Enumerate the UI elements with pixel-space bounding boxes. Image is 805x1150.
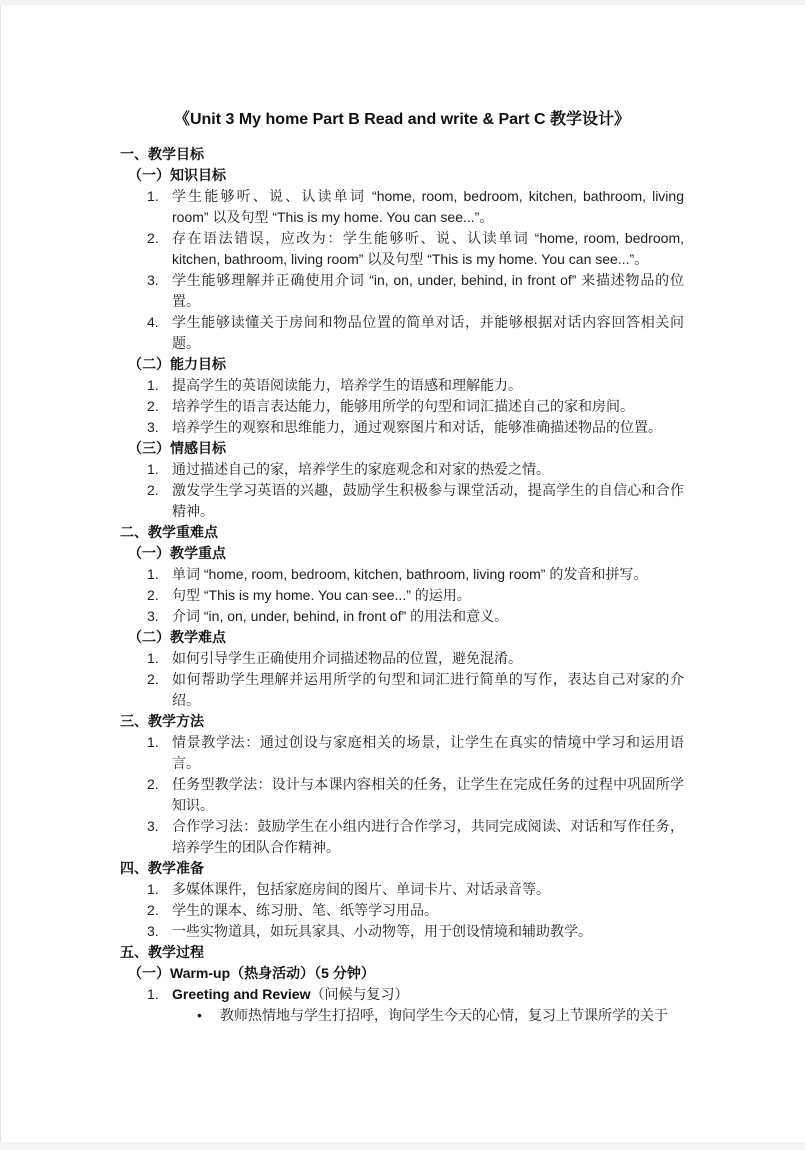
list-item-text: Greeting and Review（问候与复习） bbox=[172, 986, 408, 1002]
list-number: 3. bbox=[147, 816, 159, 837]
list-item: 1. 学生能够听、说、认读单词 “home, room, bedroom, ki… bbox=[120, 186, 684, 228]
list-number: 4. bbox=[147, 312, 159, 333]
document-page: 《Unit 3 My home Part B Read and write & … bbox=[0, 0, 805, 1150]
subsection-focus: （一）教学重点 1. 单词 “home, room, bedroom, kitc… bbox=[120, 543, 684, 627]
section-heading: 五、教学过程 bbox=[120, 942, 684, 963]
list-number: 1. bbox=[147, 459, 159, 480]
page-title: 《Unit 3 My home Part B Read and write & … bbox=[120, 108, 684, 132]
list-item: 1. 情景教学法：通过创设与家庭相关的场景，让学生在真实的情境中学习和运用语言。 bbox=[120, 732, 684, 774]
list-item: 3. 介词 “in, on, under, behind, in front o… bbox=[120, 606, 684, 627]
section-key-points: 二、教学重难点 （一）教学重点 1. 单词 “home, room, bedro… bbox=[120, 522, 684, 711]
list-item: 2. 培养学生的语言表达能力，能够用所学的句型和词汇描述自己的家和房间。 bbox=[120, 396, 684, 417]
section-preparation: 四、教学准备 1. 多媒体课件，包括家庭房间的图片、单词卡片、对话录音等。 2.… bbox=[120, 858, 684, 942]
subsection-emotion: （三）情感目标 1. 通过描述自己的家，培养学生的家庭观念和对家的热爱之情。 2… bbox=[120, 438, 684, 522]
list-item-text: 如何帮助学生理解并运用所学的句型和词汇进行简单的写作，表达自己对家的介绍。 bbox=[172, 671, 684, 708]
list-item-text: 培养学生的语言表达能力，能够用所学的句型和词汇描述自己的家和房间。 bbox=[172, 398, 634, 414]
list-number: 1. bbox=[147, 648, 159, 669]
subsection-heading: （二）能力目标 bbox=[128, 354, 684, 375]
list-item: 1. 如何引导学生正确使用介词描述物品的位置，避免混淆。 bbox=[120, 648, 684, 669]
section-methods: 三、教学方法 1. 情景教学法：通过创设与家庭相关的场景，让学生在真实的情境中学… bbox=[120, 711, 684, 858]
subsection-knowledge: （一）知识目标 1. 学生能够听、说、认读单词 “home, room, bed… bbox=[120, 165, 684, 354]
list-number: 2. bbox=[147, 480, 159, 501]
subsection-warmup: （一）Warm-up（热身活动）（5 分钟） 1. Greeting and R… bbox=[120, 963, 684, 1026]
list-number: 3. bbox=[147, 417, 159, 438]
list-item-text: 学生能够理解并正确使用介词 “in, on, under, behind, in… bbox=[172, 272, 684, 309]
list-item: 2. 任务型教学法：设计与本课内容相关的任务，让学生在完成任务的过程中巩固所学知… bbox=[120, 774, 684, 816]
list-item-text: 句型 “This is my home. You can see...” 的运用… bbox=[172, 587, 471, 603]
list-number: 3. bbox=[147, 270, 159, 291]
list-item: 2. 学生的课本、练习册、笔、纸等学习用品。 bbox=[120, 900, 684, 921]
list-number: 2. bbox=[147, 228, 159, 249]
list-number: 3. bbox=[147, 606, 159, 627]
section-heading: 四、教学准备 bbox=[120, 858, 684, 879]
list-number: 1. bbox=[147, 186, 159, 207]
list-item-text: 单词 “home, room, bedroom, kitchen, bathro… bbox=[172, 566, 647, 582]
list-item-text: 如何引导学生正确使用介词描述物品的位置，避免混淆。 bbox=[172, 650, 522, 666]
list-item-text: 存在语法错误，应改为：学生能够听、说、认读单词 “home, room, bed… bbox=[172, 230, 684, 267]
bullet-icon bbox=[197, 1005, 202, 1026]
list-item-text: 合作学习法：鼓励学生在小组内进行合作学习，共同完成阅读、对话和写作任务，培养学生… bbox=[172, 818, 684, 855]
list-item: 3. 一些实物道具，如玩具家具、小动物等，用于创设情境和辅助教学。 bbox=[120, 921, 684, 942]
list-item: 1. 多媒体课件，包括家庭房间的图片、单词卡片、对话录音等。 bbox=[120, 879, 684, 900]
bullet-item: 教师热情地与学生打招呼，询问学生今天的心情，复习上节课所学的关于 bbox=[120, 1005, 684, 1026]
activity-name: Greeting and Review bbox=[172, 986, 310, 1002]
list-item: 3. 合作学习法：鼓励学生在小组内进行合作学习，共同完成阅读、对话和写作任务，培… bbox=[120, 816, 684, 858]
list-item-text: 学生能够听、说、认读单词 “home, room, bedroom, kitch… bbox=[172, 188, 684, 225]
list-item: 1. 提高学生的英语阅读能力，培养学生的语感和理解能力。 bbox=[120, 375, 684, 396]
list-number: 3. bbox=[147, 921, 159, 942]
list-number: 1. bbox=[147, 984, 159, 1005]
list-number: 2. bbox=[147, 669, 159, 690]
list-item-text: 一些实物道具，如玩具家具、小动物等，用于创设情境和辅助教学。 bbox=[172, 923, 592, 939]
list-item: 1. Greeting and Review（问候与复习） bbox=[120, 984, 684, 1005]
section-process: 五、教学过程 （一）Warm-up（热身活动）（5 分钟） 1. Greetin… bbox=[120, 942, 684, 1026]
subsection-difficulty: （二）教学难点 1. 如何引导学生正确使用介词描述物品的位置，避免混淆。 2. … bbox=[120, 627, 684, 711]
list-item: 1. 通过描述自己的家，培养学生的家庭观念和对家的热爱之情。 bbox=[120, 459, 684, 480]
list-item-text: 介词 “in, on, under, behind, in front of” … bbox=[172, 608, 508, 624]
list-item-text: 多媒体课件，包括家庭房间的图片、单词卡片、对话录音等。 bbox=[172, 881, 550, 897]
page-bottom-edge bbox=[0, 1142, 805, 1150]
list-item: 2. 激发学生学习英语的兴趣，鼓励学生积极参与课堂活动，提高学生的自信心和合作精… bbox=[120, 480, 684, 522]
list-item-text: 任务型教学法：设计与本课内容相关的任务，让学生在完成任务的过程中巩固所学知识。 bbox=[172, 776, 684, 813]
list-item: 1. 单词 “home, room, bedroom, kitchen, bat… bbox=[120, 564, 684, 585]
list-number: 2. bbox=[147, 774, 159, 795]
list-item-text: 学生能够读懂关于房间和物品位置的简单对话，并能够根据对话内容回答相关问题。 bbox=[172, 314, 684, 351]
list-item-text: 学生的课本、练习册、笔、纸等学习用品。 bbox=[172, 902, 438, 918]
section-heading: 二、教学重难点 bbox=[120, 522, 684, 543]
section-heading: 三、教学方法 bbox=[120, 711, 684, 732]
list-item: 2. 存在语法错误，应改为：学生能够听、说、认读单词 “home, room, … bbox=[120, 228, 684, 270]
list-number: 1. bbox=[147, 879, 159, 900]
bullet-item-text: 教师热情地与学生打招呼，询问学生今天的心情，复习上节课所学的关于 bbox=[220, 1007, 668, 1023]
list-item-text: 培养学生的观察和思维能力，通过观察图片和对话，能够准确描述物品的位置。 bbox=[172, 419, 662, 435]
list-item-text: 提高学生的英语阅读能力，培养学生的语感和理解能力。 bbox=[172, 377, 522, 393]
list-item-text: 通过描述自己的家，培养学生的家庭观念和对家的热爱之情。 bbox=[172, 461, 550, 477]
list-number: 1. bbox=[147, 375, 159, 396]
document-content: 《Unit 3 My home Part B Read and write & … bbox=[0, 5, 805, 1026]
subsection-heading: （一）Warm-up（热身活动）（5 分钟） bbox=[128, 963, 684, 984]
list-item: 3. 培养学生的观察和思维能力，通过观察图片和对话，能够准确描述物品的位置。 bbox=[120, 417, 684, 438]
section-objectives: 一、教学目标 （一）知识目标 1. 学生能够听、说、认读单词 “home, ro… bbox=[120, 144, 684, 522]
list-item: 3. 学生能够理解并正确使用介词 “in, on, under, behind,… bbox=[120, 270, 684, 312]
subsection-heading: （二）教学难点 bbox=[128, 627, 684, 648]
list-item-text: 激发学生学习英语的兴趣，鼓励学生积极参与课堂活动，提高学生的自信心和合作精神。 bbox=[172, 482, 684, 519]
list-item: 2. 句型 “This is my home. You can see...” … bbox=[120, 585, 684, 606]
list-number: 1. bbox=[147, 564, 159, 585]
section-heading: 一、教学目标 bbox=[120, 144, 684, 165]
list-item-text: 情景教学法：通过创设与家庭相关的场景，让学生在真实的情境中学习和运用语言。 bbox=[172, 734, 684, 771]
list-number: 2. bbox=[147, 585, 159, 606]
list-number: 2. bbox=[147, 396, 159, 417]
subsection-heading: （三）情感目标 bbox=[128, 438, 684, 459]
list-number: 1. bbox=[147, 732, 159, 753]
activity-name-cn: （问候与复习） bbox=[310, 986, 408, 1002]
subsection-heading: （一）教学重点 bbox=[128, 543, 684, 564]
list-item: 4. 学生能够读懂关于房间和物品位置的简单对话，并能够根据对话内容回答相关问题。 bbox=[120, 312, 684, 354]
subsection-ability: （二）能力目标 1. 提高学生的英语阅读能力，培养学生的语感和理解能力。 2. … bbox=[120, 354, 684, 438]
list-number: 2. bbox=[147, 900, 159, 921]
subsection-heading: （一）知识目标 bbox=[128, 165, 684, 186]
list-item: 2. 如何帮助学生理解并运用所学的句型和词汇进行简单的写作，表达自己对家的介绍。 bbox=[120, 669, 684, 711]
